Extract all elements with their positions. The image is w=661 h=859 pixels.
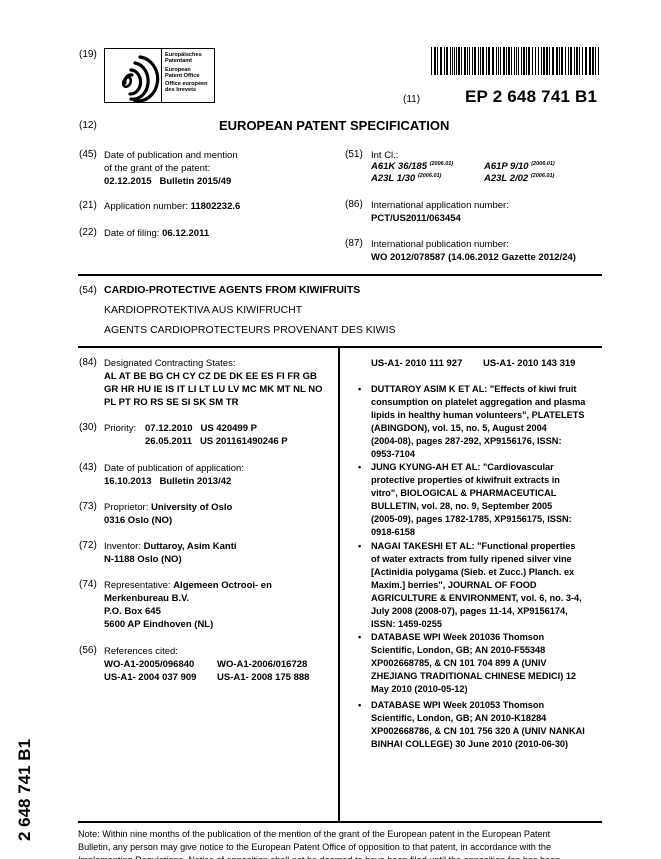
grant-date-label-line2: of the grant of the patent: xyxy=(104,163,210,174)
title-en: CARDIO-PROTECTIVE AGENTS FROM KIWIFRUITS xyxy=(104,284,360,296)
npl-citation-line: lipids in healthy human volunteers", PLA… xyxy=(371,409,603,422)
inid-11: (11) xyxy=(403,94,420,105)
ipc-version: (2006.01) xyxy=(531,173,555,179)
representative: Representative: Algemeen Octrooi- en Mer… xyxy=(104,579,272,631)
cited-patent: US-A1- 2004 037 909 xyxy=(104,671,196,684)
npl-citation-line: (ABINGDON), vol. 15, no. 5, August 2004 xyxy=(371,422,603,435)
npl-citation-line: NAGAI TAKESHI ET AL: "Functional propert… xyxy=(371,540,603,553)
representative-line: P.O. Box 645 xyxy=(104,606,161,617)
npl-citation-line: protective properties of kiwifruit extra… xyxy=(371,474,603,487)
npl-citation-line: XP002668786, & CN 101 756 320 A (UNIV NA… xyxy=(371,725,603,738)
opposition-note: Note: Within nine months of the publicat… xyxy=(78,828,602,859)
npl-citation-line: DATABASE WPI Week 201053 Thomson xyxy=(371,699,603,712)
npl-citation-text: NAGAI TAKESHI ET AL: "Functional propert… xyxy=(371,540,603,631)
designated-states-label: Designated Contracting States: xyxy=(104,358,236,369)
divider-middle xyxy=(78,346,602,348)
intl-application-label: International application number: xyxy=(371,200,509,211)
grant-date-label: Date of publication and mention of the g… xyxy=(104,149,238,188)
intl-application-value: PCT/US2011/063454 xyxy=(371,213,461,224)
inventor: Inventor: Duttaroy, Asim Kanti N-1188 Os… xyxy=(104,540,237,566)
designated-states-line: PL PT RO RS SE SI SK SM TR xyxy=(104,397,238,408)
application-number-value: 11802232.6 xyxy=(191,201,241,212)
bullet-icon: • xyxy=(358,540,361,553)
npl-citation-line: (2004-08), pages 287-292, XP9156176, ISS… xyxy=(371,435,603,448)
npl-citation-line: XP002668785, & CN 101 704 899 A (UNIV xyxy=(371,657,603,670)
representative-label: Representative: xyxy=(104,580,173,591)
npl-citation-text: DATABASE WPI Week 201036 ThomsonScientif… xyxy=(371,631,603,696)
inid-19: (19) xyxy=(79,49,97,60)
inventor-address: N-1188 Oslo (NO) xyxy=(104,554,182,565)
priority-entry-1: 07.12.2010 US 420499 P xyxy=(145,422,257,435)
inid-87: (87) xyxy=(345,238,363,249)
proprietor: Proprietor: University of Oslo 0316 Oslo… xyxy=(104,501,232,527)
representative-line: Merkenbureau B.V. xyxy=(104,593,189,604)
logo-line-fr2: des brevets xyxy=(165,87,196,93)
filing-date: Date of filing: 06.12.2011 xyxy=(104,227,209,240)
intl-publication-label: International publication number: xyxy=(371,239,509,250)
inid-72: (72) xyxy=(79,540,97,551)
grant-date-label-line1: Date of publication and mention xyxy=(104,150,238,161)
priority-entry-2: 26.05.2011 US 201161490246 P xyxy=(145,435,288,448)
proprietor-address: 0316 Oslo (NO) xyxy=(104,515,172,526)
npl-citation: •DUTTAROY ASIM K ET AL: "Effects of kiwi… xyxy=(358,383,603,461)
inid-54: (54) xyxy=(79,285,97,296)
npl-citation-line: Scientific, London, GB; AN 2010-F55348 xyxy=(371,644,603,657)
ipc-code: A23L 1/30 xyxy=(371,173,415,184)
epo-logo: EuropäischesPatentamt EuropeanPatent Off… xyxy=(104,48,215,103)
inid-43: (43) xyxy=(79,462,97,473)
npl-citation-text: DATABASE WPI Week 201053 ThomsonScientif… xyxy=(371,699,603,751)
npl-citation-line: DATABASE WPI Week 201036 Thomson xyxy=(371,631,603,644)
npl-citation-line: [Actinidia polygama (Sieb. et Zucc.) Pla… xyxy=(371,566,603,579)
npl-citation-text: DUTTAROY ASIM K ET AL: "Effects of kiwi … xyxy=(371,383,603,461)
npl-citation-line: (2005-09), pages 1782-1785, XP9156175, I… xyxy=(371,513,603,526)
ipc-version: (2006.01) xyxy=(531,161,555,167)
inid-56: (56) xyxy=(79,645,97,656)
title-de: KARDIOPROTEKTIVA AUS KIWIFRUCHT xyxy=(104,304,302,316)
filing-date-value: 06.12.2011 xyxy=(162,228,209,239)
inid-45: (45) xyxy=(79,149,97,160)
npl-citation: •NAGAI TAKESHI ET AL: "Functional proper… xyxy=(358,540,603,631)
bullet-icon: • xyxy=(358,461,361,474)
epo-emblem-icon xyxy=(105,49,162,102)
npl-citation-text: JUNG KYUNG-AH ET AL: "Cardiovascularprot… xyxy=(371,461,603,539)
divider-bottom xyxy=(78,821,602,823)
inid-30: (30) xyxy=(79,422,97,433)
representative-line: 5600 AP Eindhoven (NL) xyxy=(104,619,213,630)
npl-citation-line: ISSN: 1459-0255 xyxy=(371,618,603,631)
inid-84: (84) xyxy=(79,357,97,368)
ipc-code: A61P 9/10 xyxy=(484,161,529,172)
logo-line-fr1: Office européen xyxy=(165,81,208,87)
application-publication-label: Date of publication of application: xyxy=(104,463,244,474)
npl-citation-line: vitro", BIOLOGICAL & PHARMACEUTICAL xyxy=(371,487,603,500)
bullet-icon: • xyxy=(358,383,361,396)
bullet-icon: • xyxy=(358,631,361,644)
inventor-name: Duttaroy, Asim Kanti xyxy=(144,541,237,552)
npl-citation-line: DUTTAROY ASIM K ET AL: "Effects of kiwi … xyxy=(371,383,603,396)
designated-states-line: AL AT BE BG CH CY CZ DE DK EE ES FI FR G… xyxy=(104,371,317,382)
logo-line-en1: European xyxy=(165,67,191,73)
ipc-version: (2006.01) xyxy=(418,173,442,179)
ipc-class-2: A61P 9/10 (2006.01) xyxy=(484,161,555,172)
npl-citation-line: 0953-7104 xyxy=(371,448,603,461)
ipc-class-4: A23L 2/02 (2006.01) xyxy=(484,173,554,184)
designated-states-line: GR HR HU IE IS IT LI LT LU LV MC MK MT N… xyxy=(104,384,323,395)
proprietor-label: Proprietor: xyxy=(104,502,151,513)
logo-line-en2: Patent Office xyxy=(165,73,200,79)
ipc-code: A61K 36/185 xyxy=(371,161,427,172)
intl-application: International application number: PCT/US… xyxy=(371,199,509,225)
document-type-title: EUROPEAN PATENT SPECIFICATION xyxy=(219,118,449,133)
note-line: Note: Within nine months of the publicat… xyxy=(78,828,602,841)
npl-citation-line: consumption on platelet aggregation and … xyxy=(371,396,603,409)
references-cited-label: References cited: xyxy=(104,645,178,658)
note-line: Bulletin, any person may give notice to … xyxy=(78,841,602,854)
inid-22: (22) xyxy=(79,227,97,238)
inid-51: (51) xyxy=(345,149,363,160)
ipc-class-1: A61K 36/185 (2006.01) xyxy=(371,161,453,172)
cited-patent: WO-A1-2006/016728 xyxy=(217,658,307,671)
application-number: Application number: 11802232.6 xyxy=(104,200,240,213)
npl-citation-line: July 2008 (2008-07), pages 11-14, XP9156… xyxy=(371,605,603,618)
filing-date-label: Date of filing: xyxy=(104,228,162,239)
cited-patent: US-A1- 2010 143 319 xyxy=(483,357,575,370)
inventor-label: Inventor: xyxy=(104,541,144,552)
divider-top xyxy=(78,274,602,276)
npl-citation: •DATABASE WPI Week 201036 ThomsonScienti… xyxy=(358,631,603,696)
inid-21: (21) xyxy=(79,200,97,211)
inid-73: (73) xyxy=(79,501,97,512)
npl-citation-line: BINHAI COLLEGE) 30 June 2010 (2010-06-30… xyxy=(371,738,603,751)
npl-citation-line: 0918-6158 xyxy=(371,526,603,539)
npl-citation-line: Scientific, London, GB; AN 2010-K18284 xyxy=(371,712,603,725)
logo-line-de1: Europäisches xyxy=(165,52,202,58)
npl-citation: •JUNG KYUNG-AH ET AL: "Cardiovascularpro… xyxy=(358,461,603,539)
ipc-version: (2006.01) xyxy=(430,161,454,167)
grant-date-value: 02.12.2015 Bulletin 2015/49 xyxy=(104,176,231,187)
ipc-code: A23L 2/02 xyxy=(484,173,528,184)
logo-line-de2: Patentamt xyxy=(165,58,192,64)
representative-name: Algemeen Octrooi- en xyxy=(173,580,272,591)
cited-patent: US-A1- 2008 175 888 xyxy=(217,671,309,684)
barcode-icon xyxy=(431,47,599,75)
inid-12: (12) xyxy=(79,120,97,131)
ipc-class-3: A23L 1/30 (2006.01) xyxy=(371,173,441,184)
column-divider xyxy=(338,347,340,821)
publication-number: EP 2 648 741 B1 xyxy=(465,87,597,107)
note-line: Implementing Regulations. Notice of oppo… xyxy=(78,854,602,859)
npl-citation-line: May 2010 (2010-05-12) xyxy=(371,683,603,696)
npl-citation-line: of water extracts from fully ripened sil… xyxy=(371,553,603,566)
intl-publication-value: WO 2012/078587 (14.06.2012 Gazette 2012/… xyxy=(371,252,576,263)
cited-patent: US-A1- 2010 111 927 xyxy=(371,357,462,370)
inid-86: (86) xyxy=(345,199,363,210)
npl-citation-line: BULLETIN, vol. 28, no. 9, September 2005 xyxy=(371,500,603,513)
title-fr: AGENTS CARDIOPROTECTEURS PROVENANT DES K… xyxy=(104,324,396,336)
epo-logo-text: EuropäischesPatentamt EuropeanPatent Off… xyxy=(165,52,208,96)
npl-citation-line: AGRICULTURE & ENVIRONMENT, vol. 6, no. 3… xyxy=(371,592,603,605)
npl-citation-line: JUNG KYUNG-AH ET AL: "Cardiovascular xyxy=(371,461,603,474)
application-publication-value: 16.10.2013 Bulletin 2013/42 xyxy=(104,476,231,487)
npl-citation-line: ZHEJIANG TRADITIONAL CHINESE MEDICI) 12 xyxy=(371,670,603,683)
cited-patent: WO-A1-2005/096840 xyxy=(104,658,194,671)
proprietor-name: University of Oslo xyxy=(151,502,232,513)
bullet-icon: • xyxy=(358,699,361,712)
npl-citation-line: Maxim.] berries", JOURNAL OF FOOD xyxy=(371,579,603,592)
npl-citation: •DATABASE WPI Week 201053 ThomsonScienti… xyxy=(358,699,603,751)
priority-label: Priority: xyxy=(104,422,136,435)
designated-states: Designated Contracting States: AL AT BE … xyxy=(104,357,323,409)
application-publication: Date of publication of application: 16.1… xyxy=(104,462,244,488)
intl-publication: International publication number: WO 201… xyxy=(371,238,576,264)
inid-74: (74) xyxy=(79,579,97,590)
side-publication-number: 2 648 741 B1 xyxy=(15,735,35,845)
application-number-label: Application number: xyxy=(104,201,191,212)
